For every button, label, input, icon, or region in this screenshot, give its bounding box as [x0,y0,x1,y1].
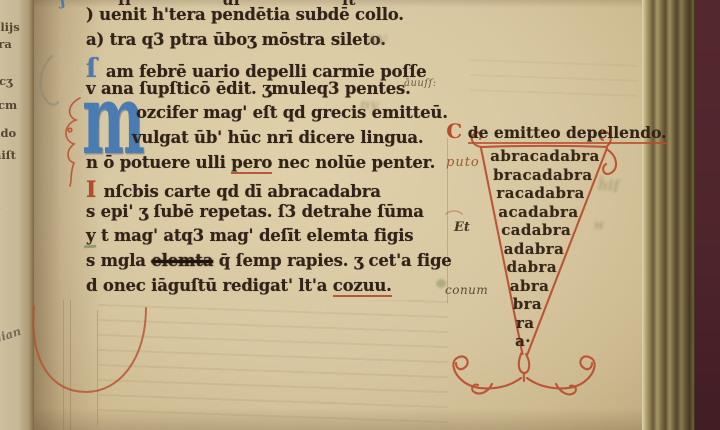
text-segment: cozuu. [333,276,392,297]
margin-note: āuuſſ: [404,78,437,89]
facing-page-text-fragment: elijs [0,20,20,34]
line-initial: n [86,153,103,172]
margin-note: conum [445,283,488,297]
line-initial: s [86,251,101,270]
line-initial: y [86,226,101,245]
cropped-glyph: ſı [118,0,131,9]
rubric-initial: C [446,119,462,143]
text-line: vulgat ūb' hūc nrī dicere lingua. [86,128,423,147]
margin-note: puto [446,155,480,170]
ruling-line [63,300,64,430]
text-segment: t mag' atq3 mag' deſīt elemta figis [101,226,413,245]
facing-page-text-fragment: rcʒ [0,74,13,88]
triangle-row: adabra [504,240,564,258]
triangle-row: abracadabra [490,147,599,165]
text-line: ) uenit h'tera pendētia subdē collo. [86,5,404,24]
facing-page-text-fragment: hiſt [0,148,16,162]
cropped-glyph: ʃ [60,0,65,9]
text-segment: elemta [151,251,213,270]
text-segment: mgla [101,251,152,270]
text-line: a) tra q3 ptra ūboʒ mōstra sileto. [86,30,386,49]
margin-note: Et [454,220,470,235]
text-segment: nec nolūe penter. [272,153,435,172]
facing-page-text-fragment: ado [0,126,16,140]
facing-page-text-fragment: dian [0,324,23,346]
text-line: d onec iāguſtū redigat' lt'a cozuu. [86,276,392,295]
text-line: s epi' ʒ ſubē repetas. ſ3 detrahe ſūma [86,202,424,221]
line-initial: v [86,79,101,98]
triangle-row: racadabra [496,184,584,202]
text-line: ozcifer mag' eſt qd grecis emitteū. [86,103,448,122]
line-initial: ) [86,5,99,24]
showthrough-mark: ᴎ [594,218,604,233]
triangle-row: bra [513,295,542,313]
triangle-row: dabra [507,258,557,276]
rubric-text: de emitteo depellendo. [468,123,667,144]
manuscript-photo: elijstrarcʒſcmadohiſtadian [0,0,720,430]
line-initial: I [86,177,104,203]
line-initial: d [86,276,103,295]
triangle-row: cadabra [501,221,571,239]
showthrough-texture [98,300,448,424]
text-segment: tra q3 ptra ūboʒ mōstra sileto. [110,30,386,49]
text-line: s mgla elemta q̄ ſemp rapies. ʒ cet'a fi… [86,251,452,270]
line-initial: s [86,202,101,221]
triangle-row: abra [510,277,549,295]
ruling-line [70,300,71,430]
text-segment: uenit h'tera pendētia subdē collo. [99,5,404,24]
showthrough-texture [470,58,638,104]
text-segment: q̄ ſemp rapies. ʒ cet'a fige [213,251,451,270]
showthrough-mark: ny [360,97,378,113]
text-line: n ō potuere ulli pero nec nolūe penter. [86,153,435,172]
facing-page-text-fragment: ſcm [0,98,17,112]
text-segment: ana ſupſticō ēdit. ʒmuleq3 pentes. [101,79,411,98]
text-segment: ozcifer mag' eſt qd grecis emitteū. [136,103,448,122]
text-line: I nſcbis carte qd dī abracadabra [86,177,381,203]
cropped-glyph: uı [222,0,240,9]
facing-page-edge: elijstrarcʒſcmadohiſtadian [0,0,34,430]
triangle-row: ra [516,314,534,332]
showthrough-mark: h̄iſ [598,178,620,194]
text-segment: epi' ʒ ſubē repetas. ſ3 detrahe ſūma [101,202,424,221]
text-segment: pero [231,153,272,174]
facing-page-text-fragment: tra [0,37,12,51]
text-segment: vulgat ūb' hūc nrī dicere lingua. [132,128,423,147]
triangle-row: acadabra [498,203,578,221]
triangle-row: a· [515,332,531,350]
text-line: v ana ſupſticō ēdit. ʒmuleq3 pentes. [86,79,411,98]
text-line: y t mag' atq3 mag' deſīt elemta figis [86,226,413,245]
triangle-row: bracadabra [493,166,592,184]
book-fore-edge-pages [642,0,695,430]
line-initial: a) [86,30,110,49]
showthrough-mark: ʌv [366,28,387,49]
text-segment: onec iāguſtū redigat' lt'a [103,276,333,295]
cropped-glyph: ıt [342,0,355,9]
text-segment: ō potuere ulli [103,153,231,172]
text-segment: nſcbis carte qd dī abracadabra [104,182,381,201]
